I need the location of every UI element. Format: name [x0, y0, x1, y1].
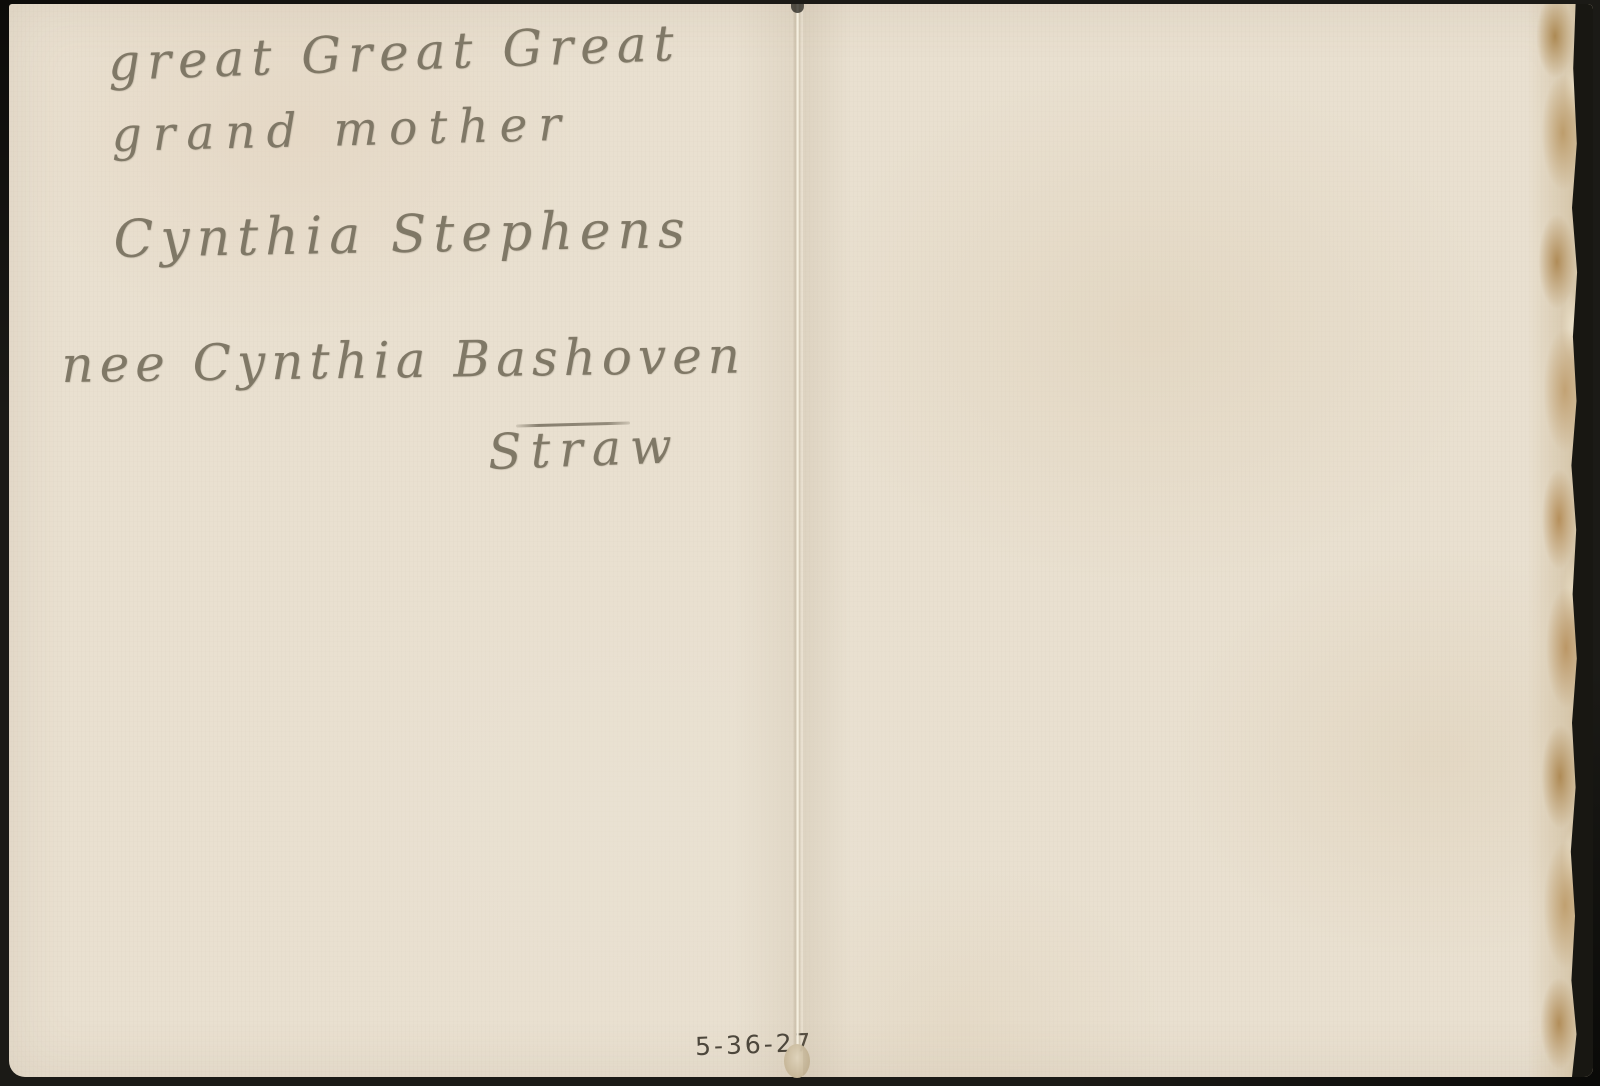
handwriting-line-3: Cynthia Stephens	[113, 200, 692, 270]
handwriting-line-4: nee Cynthia Bashoven	[61, 326, 746, 394]
scanned-document: great Great Great grand mother Cynthia S…	[0, 0, 1600, 1086]
handwriting-line-2: grand mother	[111, 97, 572, 163]
paper-sheet: great Great Great grand mother Cynthia S…	[9, 4, 1593, 1077]
page-left: great Great Great grand mother Cynthia S…	[9, 4, 797, 1077]
handwriting-line-1: great Great Great	[107, 14, 682, 92]
page-right	[803, 4, 1593, 1077]
center-fold-crease	[793, 4, 801, 1077]
torn-paper-edge	[1493, 4, 1593, 1077]
